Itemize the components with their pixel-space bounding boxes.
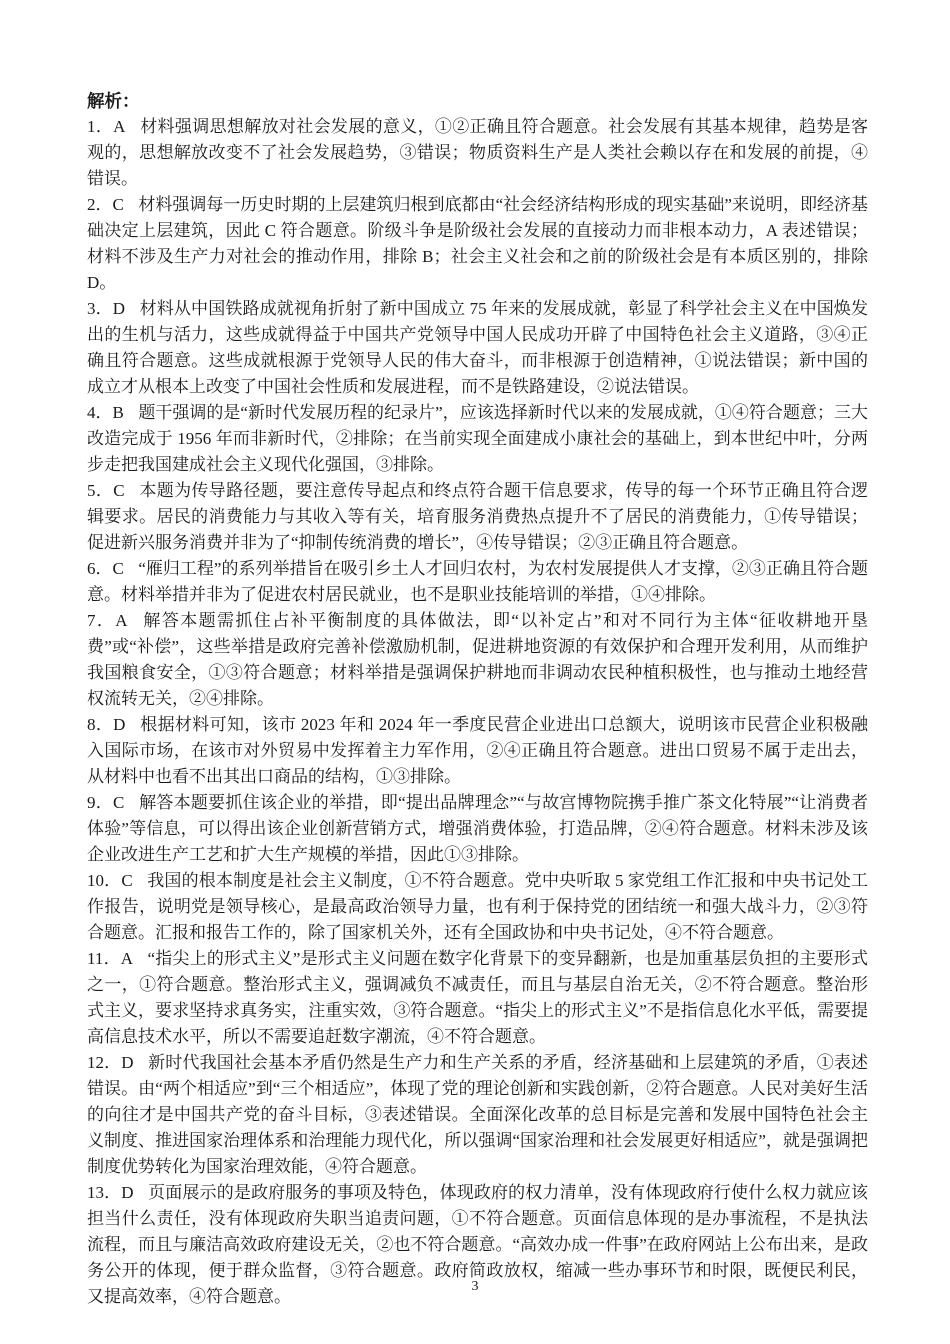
item-number-answer: 13．D [87,1183,134,1202]
item-number-answer: 9．C [87,793,124,812]
answer-analysis-page: 解析： 1．A材料强调思想解放对社会发展的意义，①②正确且符合题意。社会发展有其… [87,88,868,1310]
item-number-answer: 11．A [87,949,133,968]
item-explanation: 本题为传导路径题，要注意传导起点和终点符合题干信息要求，传导的每一个环节正确且符… [87,481,868,552]
explanation-item-7: 7．A解答本题需抓住占补平衡制度的具体做法，即“以补定占”和对不同行为主体“征收… [87,608,868,712]
item-explanation: 我国的根本制度是社会主义制度，①不符合题意。党中央听取 5 家党组工作汇报和中央… [87,871,868,942]
explanation-item-2: 2．C材料强调每一历史时期的上层建筑归根到底都由“社会经济结构形成的现实基础”来… [87,192,868,296]
item-explanation: 题干强调的是“新时代发展历程的纪录片”，应该选择新时代以来的发展成就，①④符合题… [87,403,868,474]
explanation-item-9: 9．C解答本题要抓住该企业的举措，即“提出品牌理念”“与故宫博物院携手推广茶文化… [87,790,868,868]
analysis-heading: 解析： [87,88,868,114]
explanation-item-1: 1．A材料强调思想解放对社会发展的意义，①②正确且符合题意。社会发展有其基本规律… [87,114,868,192]
item-number-answer: 1．A [87,117,125,136]
explanation-item-6: 6．C“雁归工程”的系列举措旨在吸引乡土人才回归农村，为农村发展提供人才支撑，②… [87,556,868,608]
item-number-answer: 10．C [87,871,133,890]
item-explanation: 材料从中国铁路成就视角折射了新中国成立 75 年来的发展成就，彰显了科学社会主义… [87,299,868,396]
explanation-item-5: 5．C本题为传导路径题，要注意传导起点和终点符合题干信息要求，传导的每一个环节正… [87,478,868,556]
item-explanation: “雁归工程”的系列举措旨在吸引乡土人才回归农村，为农村发展提供人才支撑，②③正确… [87,559,868,604]
explanation-item-10: 10．C我国的根本制度是社会主义制度，①不符合题意。党中央听取 5 家党组工作汇… [87,868,868,946]
item-number-answer: 7．A [87,611,128,630]
item-explanation: 材料强调思想解放对社会发展的意义，①②正确且符合题意。社会发展有其基本规律，趋势… [87,117,868,188]
item-number-answer: 6．C [87,559,124,578]
page-number: 3 [0,1278,950,1296]
item-explanation: 解答本题需抓住占补平衡制度的具体做法，即“以补定占”和对不同行为主体“征收耕地开… [87,611,868,708]
item-number-answer: 3．D [87,299,125,318]
item-explanation: 解答本题要抓住该企业的举措，即“提出品牌理念”“与故宫博物院携手推广茶文化特展”… [87,793,868,864]
explanation-item-11: 11．A“指尖上的形式主义”是形式主义问题在数字化背景下的变异翻新，也是加重基层… [87,946,868,1050]
item-number-answer: 2．C [87,195,124,214]
explanation-item-8: 8．D根据材料可知，该市 2023 年和 2024 年一季度民营企业进出口总额大… [87,712,868,790]
item-number-answer: 12．D [87,1053,134,1072]
item-explanation: 根据材料可知，该市 2023 年和 2024 年一季度民营企业进出口总额大，说明… [87,715,868,786]
item-number-answer: 8．D [87,715,125,734]
item-number-answer: 4．B [87,403,124,422]
explanation-item-4: 4．B题干强调的是“新时代发展历程的纪录片”，应该选择新时代以来的发展成就，①④… [87,400,868,478]
explanation-item-3: 3．D材料从中国铁路成就视角折射了新中国成立 75 年来的发展成就，彰显了科学社… [87,296,868,400]
item-number-answer: 5．C [87,481,125,500]
explanation-item-12: 12．D新时代我国社会基本矛盾仍然是生产力和生产关系的矛盾，经济基础和上层建筑的… [87,1050,868,1180]
item-explanation: 材料强调每一历史时期的上层建筑归根到底都由“社会经济结构形成的现实基础”来说明，… [87,195,868,292]
item-explanation: 新时代我国社会基本矛盾仍然是生产力和生产关系的矛盾，经济基础和上层建筑的矛盾，①… [87,1053,868,1176]
item-explanation: “指尖上的形式主义”是形式主义问题在数字化背景下的变异翻新，也是加重基层负担的主… [87,949,868,1046]
